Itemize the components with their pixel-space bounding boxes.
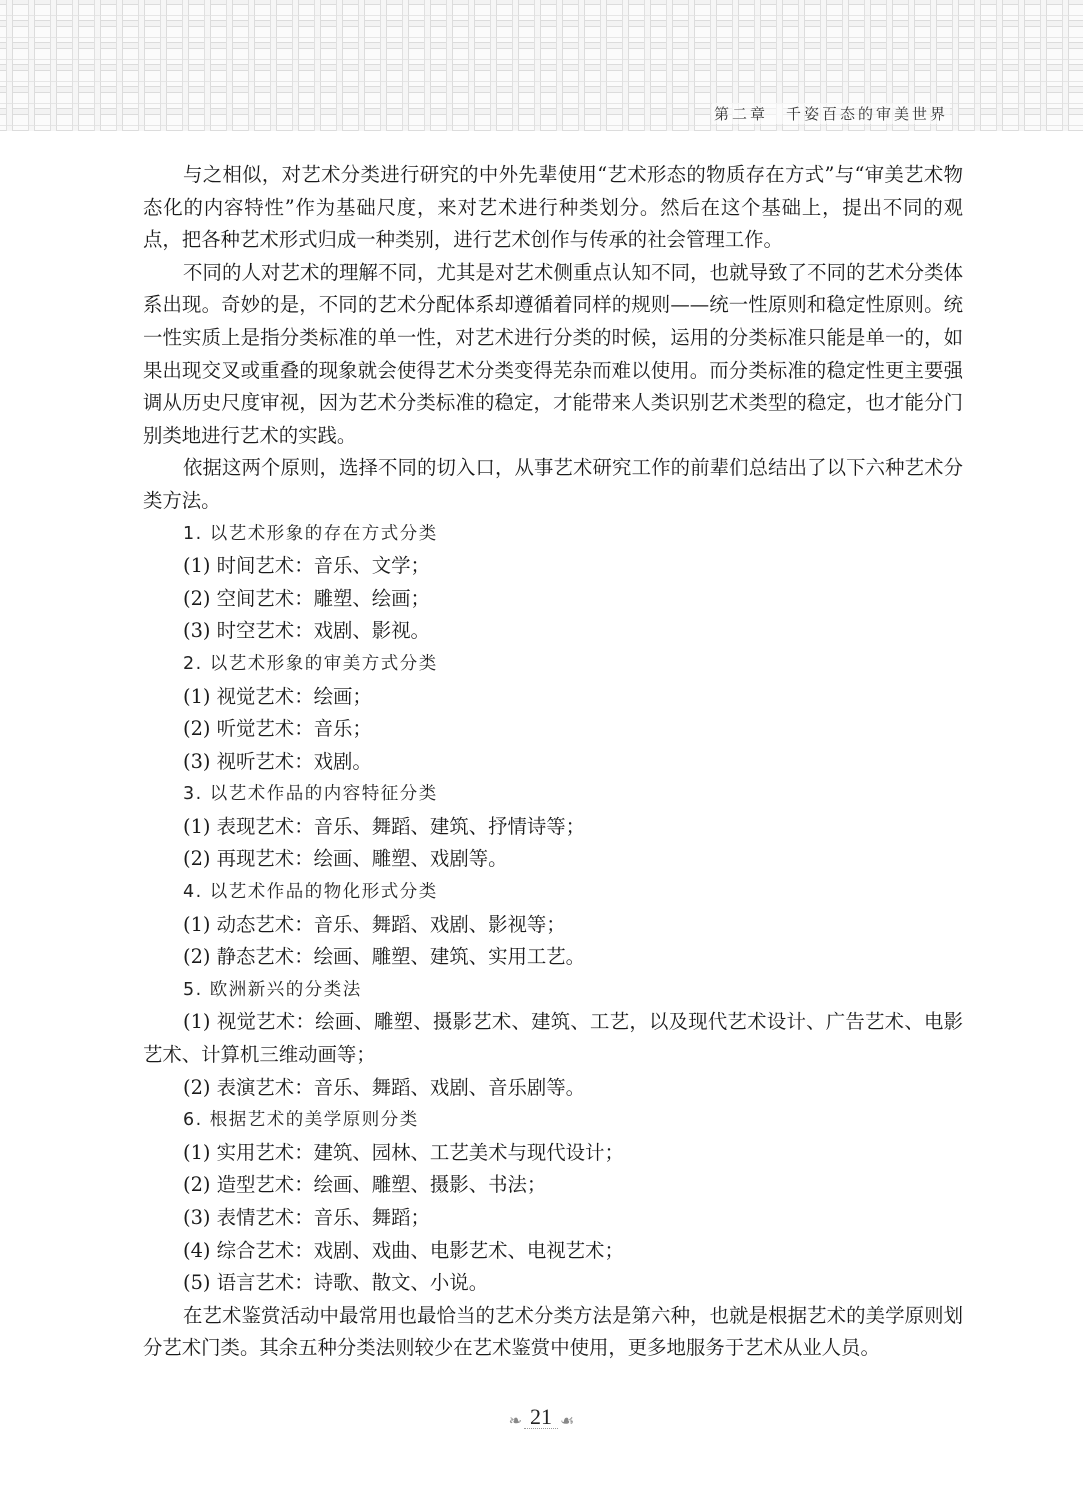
paragraph-3: 依据这两个原则，选择不同的切入口，从事艺术研究工作的前辈们总结出了以下六种艺术分… <box>143 452 963 517</box>
section-heading-5: 5. 欧洲新兴的分类法 <box>143 974 963 1007</box>
list-item: (1) 实用艺术：建筑、园林、工艺美术与现代设计； <box>143 1137 963 1170</box>
list-item: (5) 语言艺术：诗歌、散文、小说。 <box>143 1267 963 1300</box>
list-item: (1) 视觉艺术：绘画、雕塑、摄影艺术、建筑、工艺，以及现代艺术设计、广告艺术、… <box>143 1006 963 1071</box>
list-item: (2) 再现艺术：绘画、雕塑、戏剧等。 <box>143 843 963 876</box>
section-heading-6: 6. 根据艺术的美学原则分类 <box>143 1104 963 1137</box>
page-footer: ❧21☙ <box>0 1404 1083 1431</box>
paragraph-2: 不同的人对艺术的理解不同，尤其是对艺术侧重点认知不同，也就导致了不同的艺术分类体… <box>143 257 963 453</box>
list-item: (3) 视听艺术：戏剧。 <box>143 746 963 779</box>
list-item: (1) 动态艺术：音乐、舞蹈、戏剧、影视等； <box>143 909 963 942</box>
list-item: (1) 时间艺术：音乐、文学； <box>143 550 963 583</box>
list-item: (2) 表演艺术：音乐、舞蹈、戏剧、音乐剧等。 <box>143 1072 963 1105</box>
list-item: (2) 听觉艺术：音乐； <box>143 713 963 746</box>
ornament-right-icon: ☙ <box>560 1413 574 1430</box>
list-item: (4) 综合艺术：戏剧、戏曲、电影艺术、电视艺术； <box>143 1235 963 1268</box>
section-heading-3: 3. 以艺术作品的内容特征分类 <box>143 778 963 811</box>
page-number: 21 <box>524 1406 558 1429</box>
chapter-title: 千姿百态的审美世界 <box>786 105 948 123</box>
list-item: (1) 视觉艺术：绘画； <box>143 681 963 714</box>
list-item: (3) 表情艺术：音乐、舞蹈； <box>143 1202 963 1235</box>
list-item: (2) 造型艺术：绘画、雕塑、摄影、书法； <box>143 1169 963 1202</box>
list-item: (2) 静态艺术：绘画、雕塑、建筑、实用工艺。 <box>143 941 963 974</box>
ornament-left-icon: ❧ <box>509 1413 522 1430</box>
paragraph-1: 与之相似，对艺术分类进行研究的中外先辈使用“艺术形态的物质存在方式”与“审美艺术… <box>143 159 963 257</box>
section-heading-1: 1. 以艺术形象的存在方式分类 <box>143 518 963 551</box>
list-item: (3) 时空艺术：戏剧、影视。 <box>143 615 963 648</box>
chapter-label: 第二章 <box>714 105 768 123</box>
page-body: 与之相似，对艺术分类进行研究的中外先辈使用“艺术形态的物质存在方式”与“审美艺术… <box>143 159 963 1365</box>
section-heading-4: 4. 以艺术作品的物化形式分类 <box>143 876 963 909</box>
running-head: 第二章千姿百态的审美世界 <box>712 103 950 124</box>
list-item: (1) 表现艺术：音乐、舞蹈、建筑、抒情诗等； <box>143 811 963 844</box>
list-item: (2) 空间艺术：雕塑、绘画； <box>143 583 963 616</box>
paragraph-4: 在艺术鉴赏活动中最常用也最恰当的艺术分类方法是第六种，也就是根据艺术的美学原则划… <box>143 1300 963 1365</box>
section-heading-2: 2. 以艺术形象的审美方式分类 <box>143 648 963 681</box>
